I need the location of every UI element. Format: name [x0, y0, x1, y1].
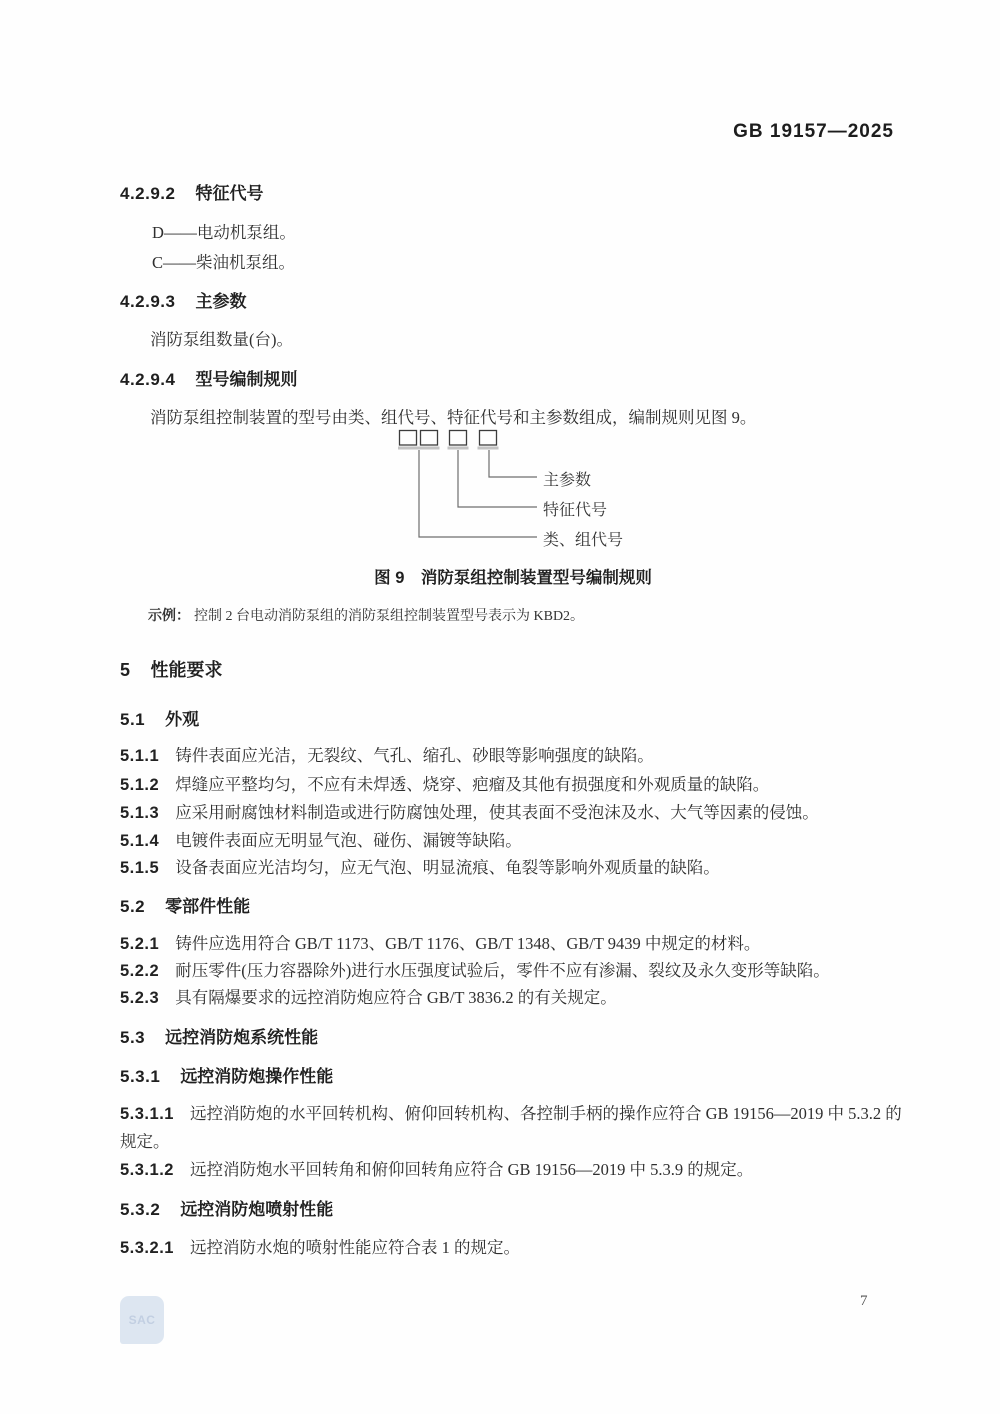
clause-5-1-2-num: 5.1.2 [120, 776, 159, 794]
heading-4-2-9-2: 4.2.9.2特征代号 [120, 179, 264, 204]
heading-5-3-1: 5.3.1远控消防炮操作性能 [120, 1062, 333, 1087]
clause-5-1-4-text: 电镀件表面应无明显气泡、碰伤、漏镀等缺陷。 [175, 831, 522, 850]
clause-5-3-2-1-num: 5.3.2.1 [120, 1239, 174, 1257]
clause-5-3-1-2: 5.3.1.2远控消防炮水平回转角和俯仰回转角应符合 GB 19156—2019… [120, 1156, 753, 1180]
example-label: 示例： [148, 607, 190, 623]
clause-5-1-3: 5.1.3应采用耐腐蚀材料制造或进行防腐蚀处理，使其表面不受泡沫及水、大气等因素… [120, 799, 819, 823]
heading-5-3-1-num: 5.3.1 [120, 1067, 160, 1086]
heading-4-2-9-4-num: 4.2.9.4 [120, 370, 176, 389]
heading-5-title: 性能要求 [151, 660, 223, 680]
heading-5-2-num: 5.2 [120, 897, 145, 916]
clause-5-2-2-num: 5.2.2 [120, 962, 159, 980]
clause-5-1-3-num: 5.1.3 [120, 804, 159, 822]
page-number: 7 [860, 1293, 868, 1310]
clause-5-2-2-text: 耐压零件(压力容器除外)进行水压强度试验后，零件不应有渗漏、裂纹及永久变形等缺陷… [175, 961, 830, 980]
clause-5-1-5-num: 5.1.5 [120, 859, 159, 877]
heading-5-num: 5 [120, 660, 131, 680]
document-page: GB 19157—2025 4.2.9.2特征代号 D——电动机泵组。 C——柴… [0, 0, 1000, 1414]
clause-5-3-1-1-num: 5.3.1.1 [120, 1105, 174, 1123]
figure-9-example: 示例：控制 2 台电动消防泵组的消防泵组控制装置型号表示为 KBD2。 [148, 605, 584, 625]
clause-5-2-1-num: 5.2.1 [120, 935, 159, 953]
clause-5-1-1-num: 5.1.1 [120, 747, 159, 765]
clause-5-1-5-text: 设备表面应光洁均匀，应无气泡、明显流痕、龟裂等影响外观质量的缺陷。 [175, 858, 720, 877]
heading-5-1-title: 外观 [165, 710, 199, 729]
para-4-2-9-4: 消防泵组控制装置的型号由类、组代号、特征代号和主参数组成，编制规则见图 9。 [150, 404, 756, 428]
clause-5-2-3-num: 5.2.3 [120, 989, 159, 1007]
heading-5-2: 5.2零部件性能 [120, 892, 250, 917]
clause-5-1-3-text: 应采用耐腐蚀材料制造或进行防腐蚀处理，使其表面不受泡沫及水、大气等因素的侵蚀。 [175, 803, 819, 822]
sac-logo: SAC [120, 1296, 164, 1344]
clause-5-1-4-num: 5.1.4 [120, 832, 159, 850]
code-item-c: C——柴油机泵组。 [152, 249, 295, 273]
clause-5-2-1-text: 铸件应选用符合 GB/T 1173、GB/T 1176、GB/T 1348、GB… [175, 934, 760, 953]
clause-5-1-1: 5.1.1铸件表面应光洁，无裂纹、气孔、缩孔、砂眼等影响强度的缺陷。 [120, 742, 654, 766]
figure-9-caption: 图 9 消防泵组控制装置型号编制规则 [120, 564, 906, 588]
code-item-d: D——电动机泵组。 [152, 219, 296, 243]
heading-5-2-title: 零部件性能 [165, 897, 250, 916]
fig-label-feature-code: 特征代号 [543, 497, 607, 520]
example-text: 控制 2 台电动消防泵组的消防泵组控制装置型号表示为 KBD2。 [194, 609, 584, 624]
heading-4-2-9-4: 4.2.9.4型号编制规则 [120, 365, 298, 390]
clause-5-1-2: 5.1.2焊缝应平整均匀，不应有未焊透、烧穿、疤瘤及其他有损强度和外观质量的缺陷… [120, 771, 769, 795]
heading-4-2-9-2-title: 特征代号 [196, 184, 264, 203]
clause-5-2-1: 5.2.1铸件应选用符合 GB/T 1173、GB/T 1176、GB/T 13… [120, 930, 760, 954]
heading-4-2-9-4-title: 型号编制规则 [196, 370, 298, 389]
clause-5-1-4: 5.1.4电镀件表面应无明显气泡、碰伤、漏镀等缺陷。 [120, 827, 522, 851]
clause-5-2-3: 5.2.3具有隔爆要求的远控消防炮应符合 GB/T 3836.2 的有关规定。 [120, 984, 617, 1008]
heading-4-2-9-3-num: 4.2.9.3 [120, 292, 176, 311]
heading-4-2-9-2-num: 4.2.9.2 [120, 184, 176, 203]
heading-5-1: 5.1外观 [120, 705, 199, 730]
clause-5-2-2: 5.2.2耐压零件(压力容器除外)进行水压强度试验后，零件不应有渗漏、裂纹及永久… [120, 957, 830, 981]
heading-4-2-9-3-title: 主参数 [196, 292, 247, 311]
heading-5-3-1-title: 远控消防炮操作性能 [180, 1067, 333, 1086]
heading-5-3-2: 5.3.2远控消防炮喷射性能 [120, 1195, 333, 1220]
clause-5-3-2-1-text: 远控消防水炮的喷射性能应符合表 1 的规定。 [190, 1238, 520, 1257]
heading-5-3-2-title: 远控消防炮喷射性能 [180, 1200, 333, 1219]
heading-5-3-title: 远控消防炮系统性能 [165, 1028, 318, 1047]
clause-5-3-1-1: 5.3.1.1远控消防炮的水平回转机构、俯仰回转机构、各控制手柄的操作应符合 G… [120, 1100, 910, 1155]
clause-5-3-1-1-text: 远控消防炮的水平回转机构、俯仰回转机构、各控制手柄的操作应符合 GB 19156… [120, 1104, 902, 1151]
clause-5-1-5: 5.1.5设备表面应光洁均匀，应无气泡、明显流痕、龟裂等影响外观质量的缺陷。 [120, 854, 720, 878]
heading-5-3-num: 5.3 [120, 1028, 145, 1047]
clause-5-2-3-text: 具有隔爆要求的远控消防炮应符合 GB/T 3836.2 的有关规定。 [175, 988, 617, 1007]
heading-5-3: 5.3远控消防炮系统性能 [120, 1023, 318, 1048]
clause-5-3-2-1: 5.3.2.1远控消防水炮的喷射性能应符合表 1 的规定。 [120, 1234, 520, 1258]
clause-5-3-1-2-num: 5.3.1.2 [120, 1161, 174, 1179]
fig-label-main-param: 主参数 [543, 467, 591, 490]
heading-5-3-2-num: 5.3.2 [120, 1200, 160, 1219]
para-4-2-9-3: 消防泵组数量(台)。 [150, 326, 293, 350]
clause-5-1-2-text: 焊缝应平整均匀，不应有未焊透、烧穿、疤瘤及其他有损强度和外观质量的缺陷。 [175, 775, 769, 794]
figure-9-diagram: 主参数 特征代号 类、组代号 [398, 428, 718, 555]
clause-5-3-1-2-text: 远控消防炮水平回转角和俯仰回转角应符合 GB 19156—2019 中 5.3.… [190, 1160, 753, 1179]
heading-5: 5性能要求 [120, 656, 223, 682]
heading-4-2-9-3: 4.2.9.3主参数 [120, 287, 247, 312]
standard-number: GB 19157—2025 [733, 121, 894, 143]
clause-5-1-1-text: 铸件表面应光洁，无裂纹、气孔、缩孔、砂眼等影响强度的缺陷。 [175, 746, 654, 765]
fig-label-class-group-code: 类、组代号 [543, 527, 623, 550]
heading-5-1-num: 5.1 [120, 710, 145, 729]
